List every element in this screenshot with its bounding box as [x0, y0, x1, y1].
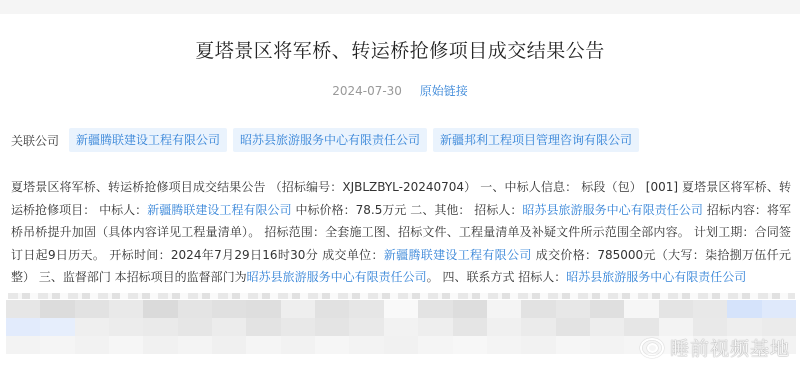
company-tag[interactable]: 新疆邦利工程项目管理咨询有限公司: [433, 128, 639, 152]
company-tag[interactable]: 昭苏县旅游服务中心有限责任公司: [233, 128, 427, 152]
watermark: 睡前视频基地: [640, 334, 790, 361]
source-link[interactable]: 原始链接: [420, 84, 468, 98]
body-text: 。 四、联系方式 招标人：: [427, 270, 567, 284]
related-label: 关联公司: [11, 132, 59, 149]
deal-unit-link[interactable]: 新疆腾联建设工程有限公司: [384, 248, 532, 262]
tenderer-link[interactable]: 昭苏县旅游服务中心有限责任公司: [522, 203, 703, 217]
winner-link[interactable]: 新疆腾联建设工程有限公司: [147, 203, 291, 217]
announcement-body: 夏塔景区将军桥、转运桥抢修项目成交结果公告 （招标编号：XJBLZBYL-202…: [11, 176, 791, 289]
contact-link[interactable]: 昭苏县旅游服务中心有限责任公司: [566, 270, 746, 284]
publish-date: 2024-07-30: [332, 84, 402, 98]
related-companies: 关联公司 新疆腾联建设工程有限公司 昭苏县旅游服务中心有限责任公司 新疆邦利工程…: [11, 128, 645, 152]
article-title: 夏塔景区将军桥、转运桥抢修项目成交结果公告: [0, 36, 800, 63]
top-band: [0, 0, 800, 14]
weibo-icon: [640, 338, 664, 358]
supervisor-link[interactable]: 昭苏县旅游服务中心有限责任公司: [247, 270, 427, 284]
company-tag[interactable]: 新疆腾联建设工程有限公司: [69, 128, 227, 152]
body-text: 中标价格：78.5万元 二、其他： 招标人：: [292, 203, 523, 217]
watermark-text: 睡前视频基地: [670, 334, 790, 361]
blurred-text-line: [8, 293, 795, 299]
article-meta: 2024-07-30 原始链接: [0, 82, 800, 99]
